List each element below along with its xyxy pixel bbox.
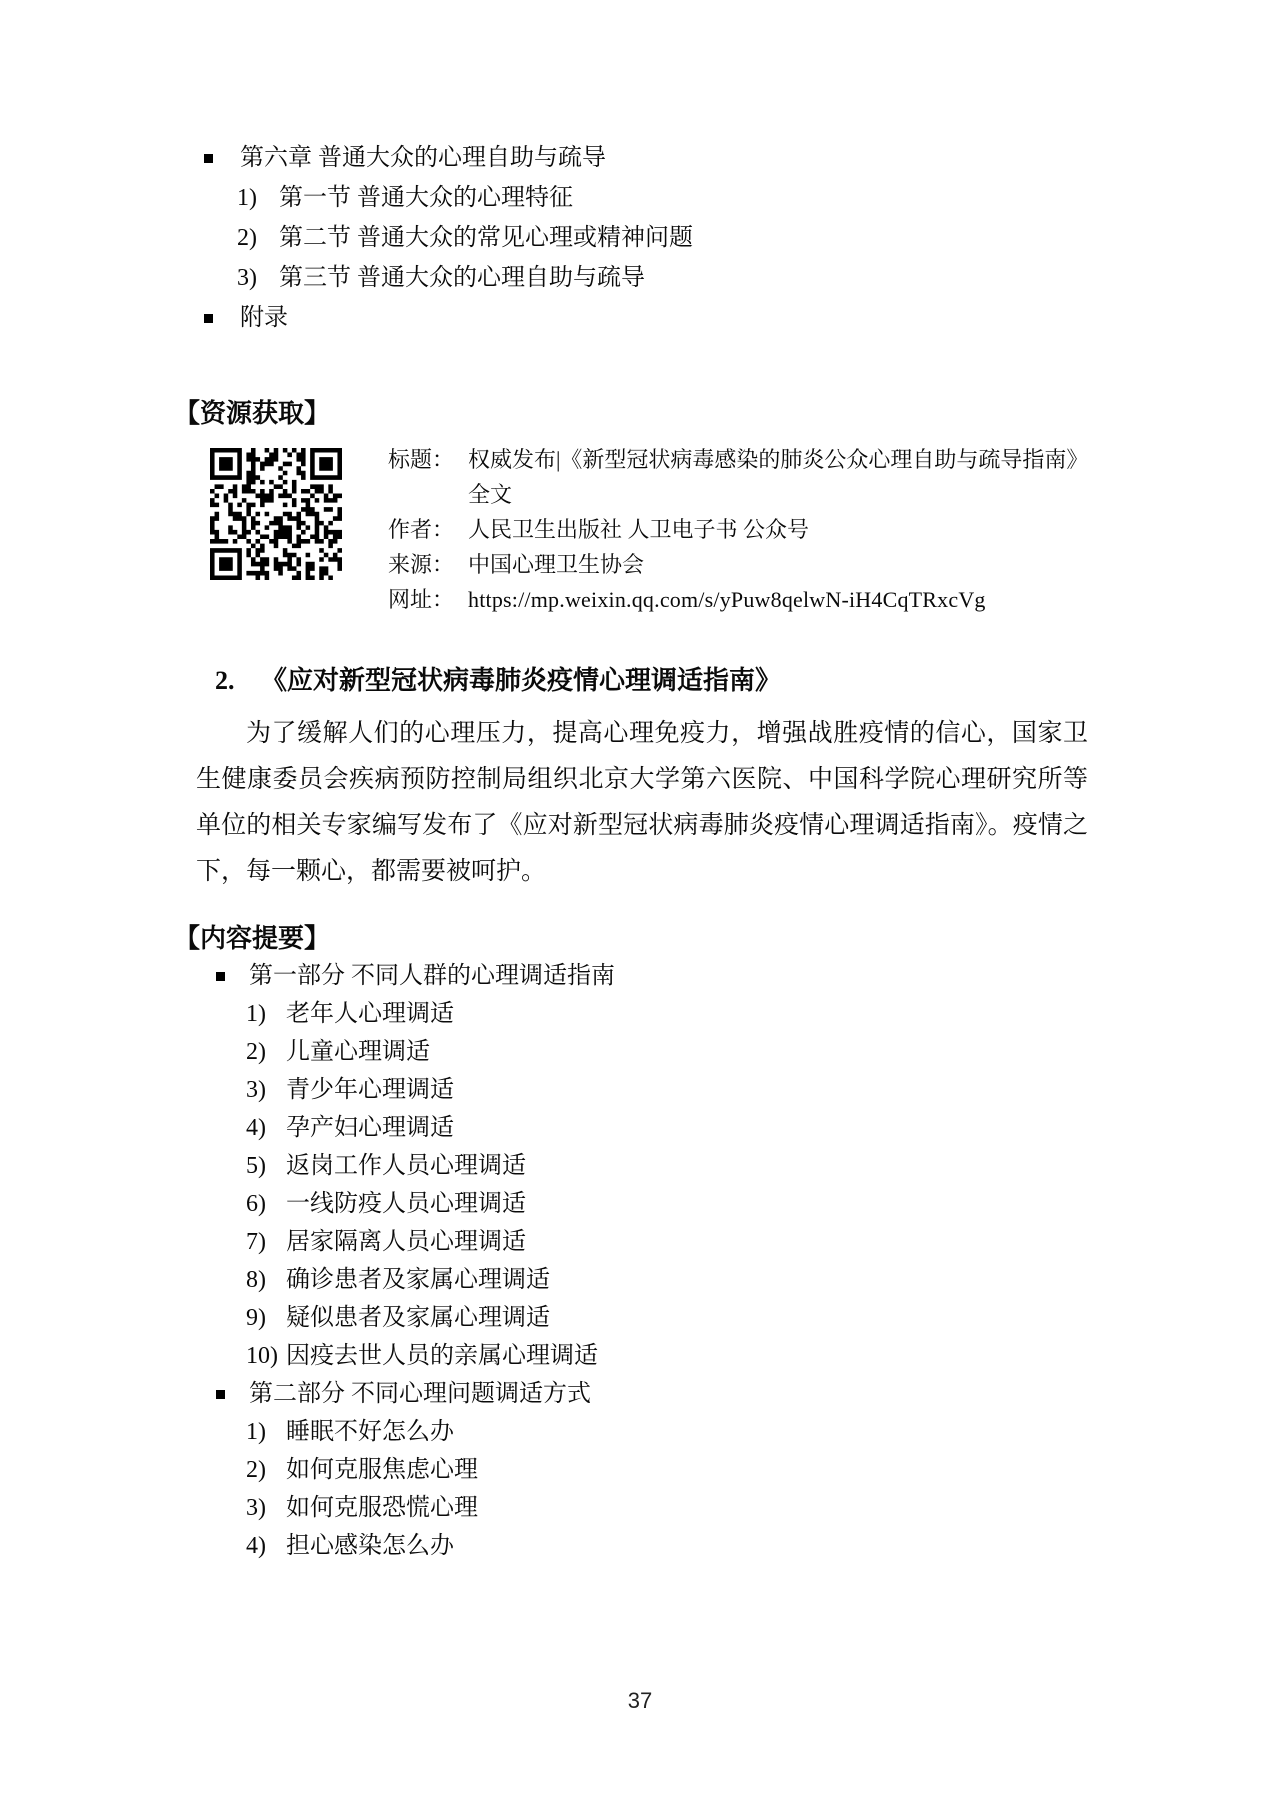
list-item-label: 老年人心理调适 (286, 995, 454, 1033)
field-title: 标题： 权威发布|《新型冠状病毒感染的肺炎公众心理自助与疏导指南》 全文 (388, 442, 1088, 512)
field-source-key: 来源： (388, 547, 454, 582)
toc-appendix-row: 附录 (196, 298, 1110, 338)
summary-part-2-title: 第二部分 不同心理问题调适方式 (249, 1375, 591, 1413)
list-item-number: 5) (246, 1147, 286, 1185)
list-item-label: 返岗工作人员心理调适 (286, 1147, 526, 1185)
summary-list-item: 4) 担心感染怎么办 (246, 1527, 1110, 1565)
field-author-key: 作者： (388, 512, 454, 547)
list-item-label: 孕产妇心理调适 (286, 1109, 454, 1147)
list-item-label: 疑似患者及家属心理调适 (286, 1299, 550, 1337)
page-content: 第六章 普通大众的心理自助与疏导 1) 第一节 普通大众的心理特征 2) 第二节… (0, 0, 1280, 1565)
book2-heading: 2. 《应对新型冠状病毒肺炎疫情心理调适指南》 (215, 663, 1110, 699)
summary-list-item: 2) 儿童心理调适 (246, 1033, 1110, 1071)
toc-section-number: 3) (237, 258, 279, 298)
summary-list-item: 5) 返岗工作人员心理调适 (246, 1147, 1110, 1185)
summary-list-item: 1) 老年人心理调适 (246, 995, 1110, 1033)
toc-section-list: 1) 第一节 普通大众的心理特征 2) 第二节 普通大众的常见心理或精神问题 3… (196, 178, 1110, 298)
list-item-number: 10) (246, 1337, 286, 1375)
intro-paragraph: 为了缓解人们的心理压力，提高心理免疫力，增强战胜疫情的信心，国家卫生健康委员会疾… (196, 711, 1088, 895)
summary-part-2: 第二部分 不同心理问题调适方式 1) 睡眠不好怎么办 2) 如何克服焦虑心理 (196, 1375, 1110, 1565)
list-item-number: 9) (246, 1299, 286, 1337)
summary-part-2-items: 1) 睡眠不好怎么办 2) 如何克服焦虑心理 3) 如何克服恐慌心理 (196, 1413, 1110, 1565)
toc-block: 第六章 普通大众的心理自助与疏导 1) 第一节 普通大众的心理特征 2) 第二节… (196, 138, 1110, 338)
list-item-number: 1) (246, 995, 286, 1033)
summary-part-1-title-row: 第一部分 不同人群的心理调适指南 (208, 957, 1110, 995)
square-bullet-icon (204, 154, 213, 163)
resource-fields: 标题： 权威发布|《新型冠状病毒感染的肺炎公众心理自助与疏导指南》 全文 作者：… (388, 442, 1088, 617)
field-url: 网址： https://mp.weixin.qq.com/s/yPuw8qelw… (388, 582, 1088, 617)
square-bullet-icon (216, 972, 225, 981)
summary-part-1-items: 1) 老年人心理调适 2) 儿童心理调适 3) 青少年心理调适 4) (196, 995, 1110, 1375)
toc-section-label: 第二节 普通大众的常见心理或精神问题 (279, 218, 693, 258)
square-bullet-icon (204, 314, 213, 323)
square-bullet-icon (216, 1390, 225, 1399)
list-item-label: 青少年心理调适 (286, 1071, 454, 1109)
list-item-label: 一线防疫人员心理调适 (286, 1185, 526, 1223)
list-item-number: 4) (246, 1109, 286, 1147)
qr-code-svg (210, 448, 342, 580)
toc-appendix-label: 附录 (240, 298, 288, 338)
resource-row: 标题： 权威发布|《新型冠状病毒感染的肺炎公众心理自助与疏导指南》 全文 作者：… (196, 448, 1110, 617)
summary-list-item: 1) 睡眠不好怎么办 (246, 1413, 1110, 1451)
field-author: 作者： 人民卫生出版社 人卫电子书 公众号 (388, 512, 1088, 547)
qr-code (210, 448, 342, 580)
list-item-number: 3) (246, 1071, 286, 1109)
toc-section-number: 2) (237, 218, 279, 258)
list-item-label: 如何克服焦虑心理 (286, 1451, 478, 1489)
list-item-number: 2) (246, 1451, 286, 1489)
summary-list-item: 3) 如何克服恐慌心理 (246, 1489, 1110, 1527)
summary-list-item: 10) 因疫去世人员的亲属心理调适 (246, 1337, 1110, 1375)
field-author-value: 人民卫生出版社 人卫电子书 公众号 (468, 512, 809, 547)
toc-chapter-row: 第六章 普通大众的心理自助与疏导 (196, 138, 1110, 178)
field-source-value: 中国心理卫生协会 (468, 547, 644, 582)
list-item-label: 担心感染怎么办 (286, 1527, 454, 1565)
resource-url-link[interactable]: https://mp.weixin.qq.com/s/yPuw8qelwN-iH… (468, 582, 986, 617)
field-source: 来源： 中国心理卫生协会 (388, 547, 1088, 582)
list-item-number: 6) (246, 1185, 286, 1223)
list-item-label: 居家隔离人员心理调适 (286, 1223, 526, 1261)
list-item-number: 1) (246, 1413, 286, 1451)
resource-header: 【资源获取】 (174, 396, 1110, 432)
summary-part-1-title: 第一部分 不同人群的心理调适指南 (249, 957, 615, 995)
toc-section-label: 第三节 普通大众的心理自助与疏导 (279, 258, 645, 298)
list-item-number: 8) (246, 1261, 286, 1299)
list-item-number: 7) (246, 1223, 286, 1261)
field-title-key: 标题： (388, 442, 454, 477)
summary-part-1: 第一部分 不同人群的心理调适指南 1) 老年人心理调适 2) 儿童心理调适 (196, 957, 1110, 1375)
list-item-label: 因疫去世人员的亲属心理调适 (286, 1337, 598, 1375)
field-title-value: 权威发布|《新型冠状病毒感染的肺炎公众心理自助与疏导指南》 全文 (468, 442, 1088, 512)
field-title-value-line2: 全文 (468, 477, 1088, 512)
list-item-number: 3) (246, 1489, 286, 1527)
toc-section-number: 1) (237, 178, 279, 218)
document-page: 第六章 普通大众的心理自助与疏导 1) 第一节 普通大众的心理特征 2) 第二节… (0, 0, 1280, 1809)
summary-list-item: 9) 疑似患者及家属心理调适 (246, 1299, 1110, 1337)
toc-section-row: 3) 第三节 普通大众的心理自助与疏导 (237, 258, 1110, 298)
list-item-label: 睡眠不好怎么办 (286, 1413, 454, 1451)
summary-list-item: 4) 孕产妇心理调适 (246, 1109, 1110, 1147)
summary-list-item: 3) 青少年心理调适 (246, 1071, 1110, 1109)
list-item-label: 如何克服恐慌心理 (286, 1489, 478, 1527)
summary-list-item: 7) 居家隔离人员心理调适 (246, 1223, 1110, 1261)
toc-section-row: 1) 第一节 普通大众的心理特征 (237, 178, 1110, 218)
field-url-key: 网址： (388, 582, 454, 617)
summary-part-2-title-row: 第二部分 不同心理问题调适方式 (208, 1375, 1110, 1413)
summary-list-item: 6) 一线防疫人员心理调适 (246, 1185, 1110, 1223)
summary-list-item: 8) 确诊患者及家属心理调适 (246, 1261, 1110, 1299)
summary-list-item: 2) 如何克服焦虑心理 (246, 1451, 1110, 1489)
page-number: 37 (0, 1688, 1280, 1714)
field-title-value-line1: 权威发布|《新型冠状病毒感染的肺炎公众心理自助与疏导指南》 (468, 442, 1088, 477)
list-item-label: 确诊患者及家属心理调适 (286, 1261, 550, 1299)
book2-heading-title: 《应对新型冠状病毒肺炎疫情心理调适指南》 (261, 663, 781, 699)
list-item-number: 4) (246, 1527, 286, 1565)
toc-chapter-label: 第六章 普通大众的心理自助与疏导 (240, 138, 606, 178)
list-item-label: 儿童心理调适 (286, 1033, 430, 1071)
book2-heading-number: 2. (215, 663, 261, 699)
list-item-number: 2) (246, 1033, 286, 1071)
summary-header: 【内容提要】 (174, 921, 1110, 957)
toc-section-row: 2) 第二节 普通大众的常见心理或精神问题 (237, 218, 1110, 258)
toc-section-label: 第一节 普通大众的心理特征 (279, 178, 573, 218)
